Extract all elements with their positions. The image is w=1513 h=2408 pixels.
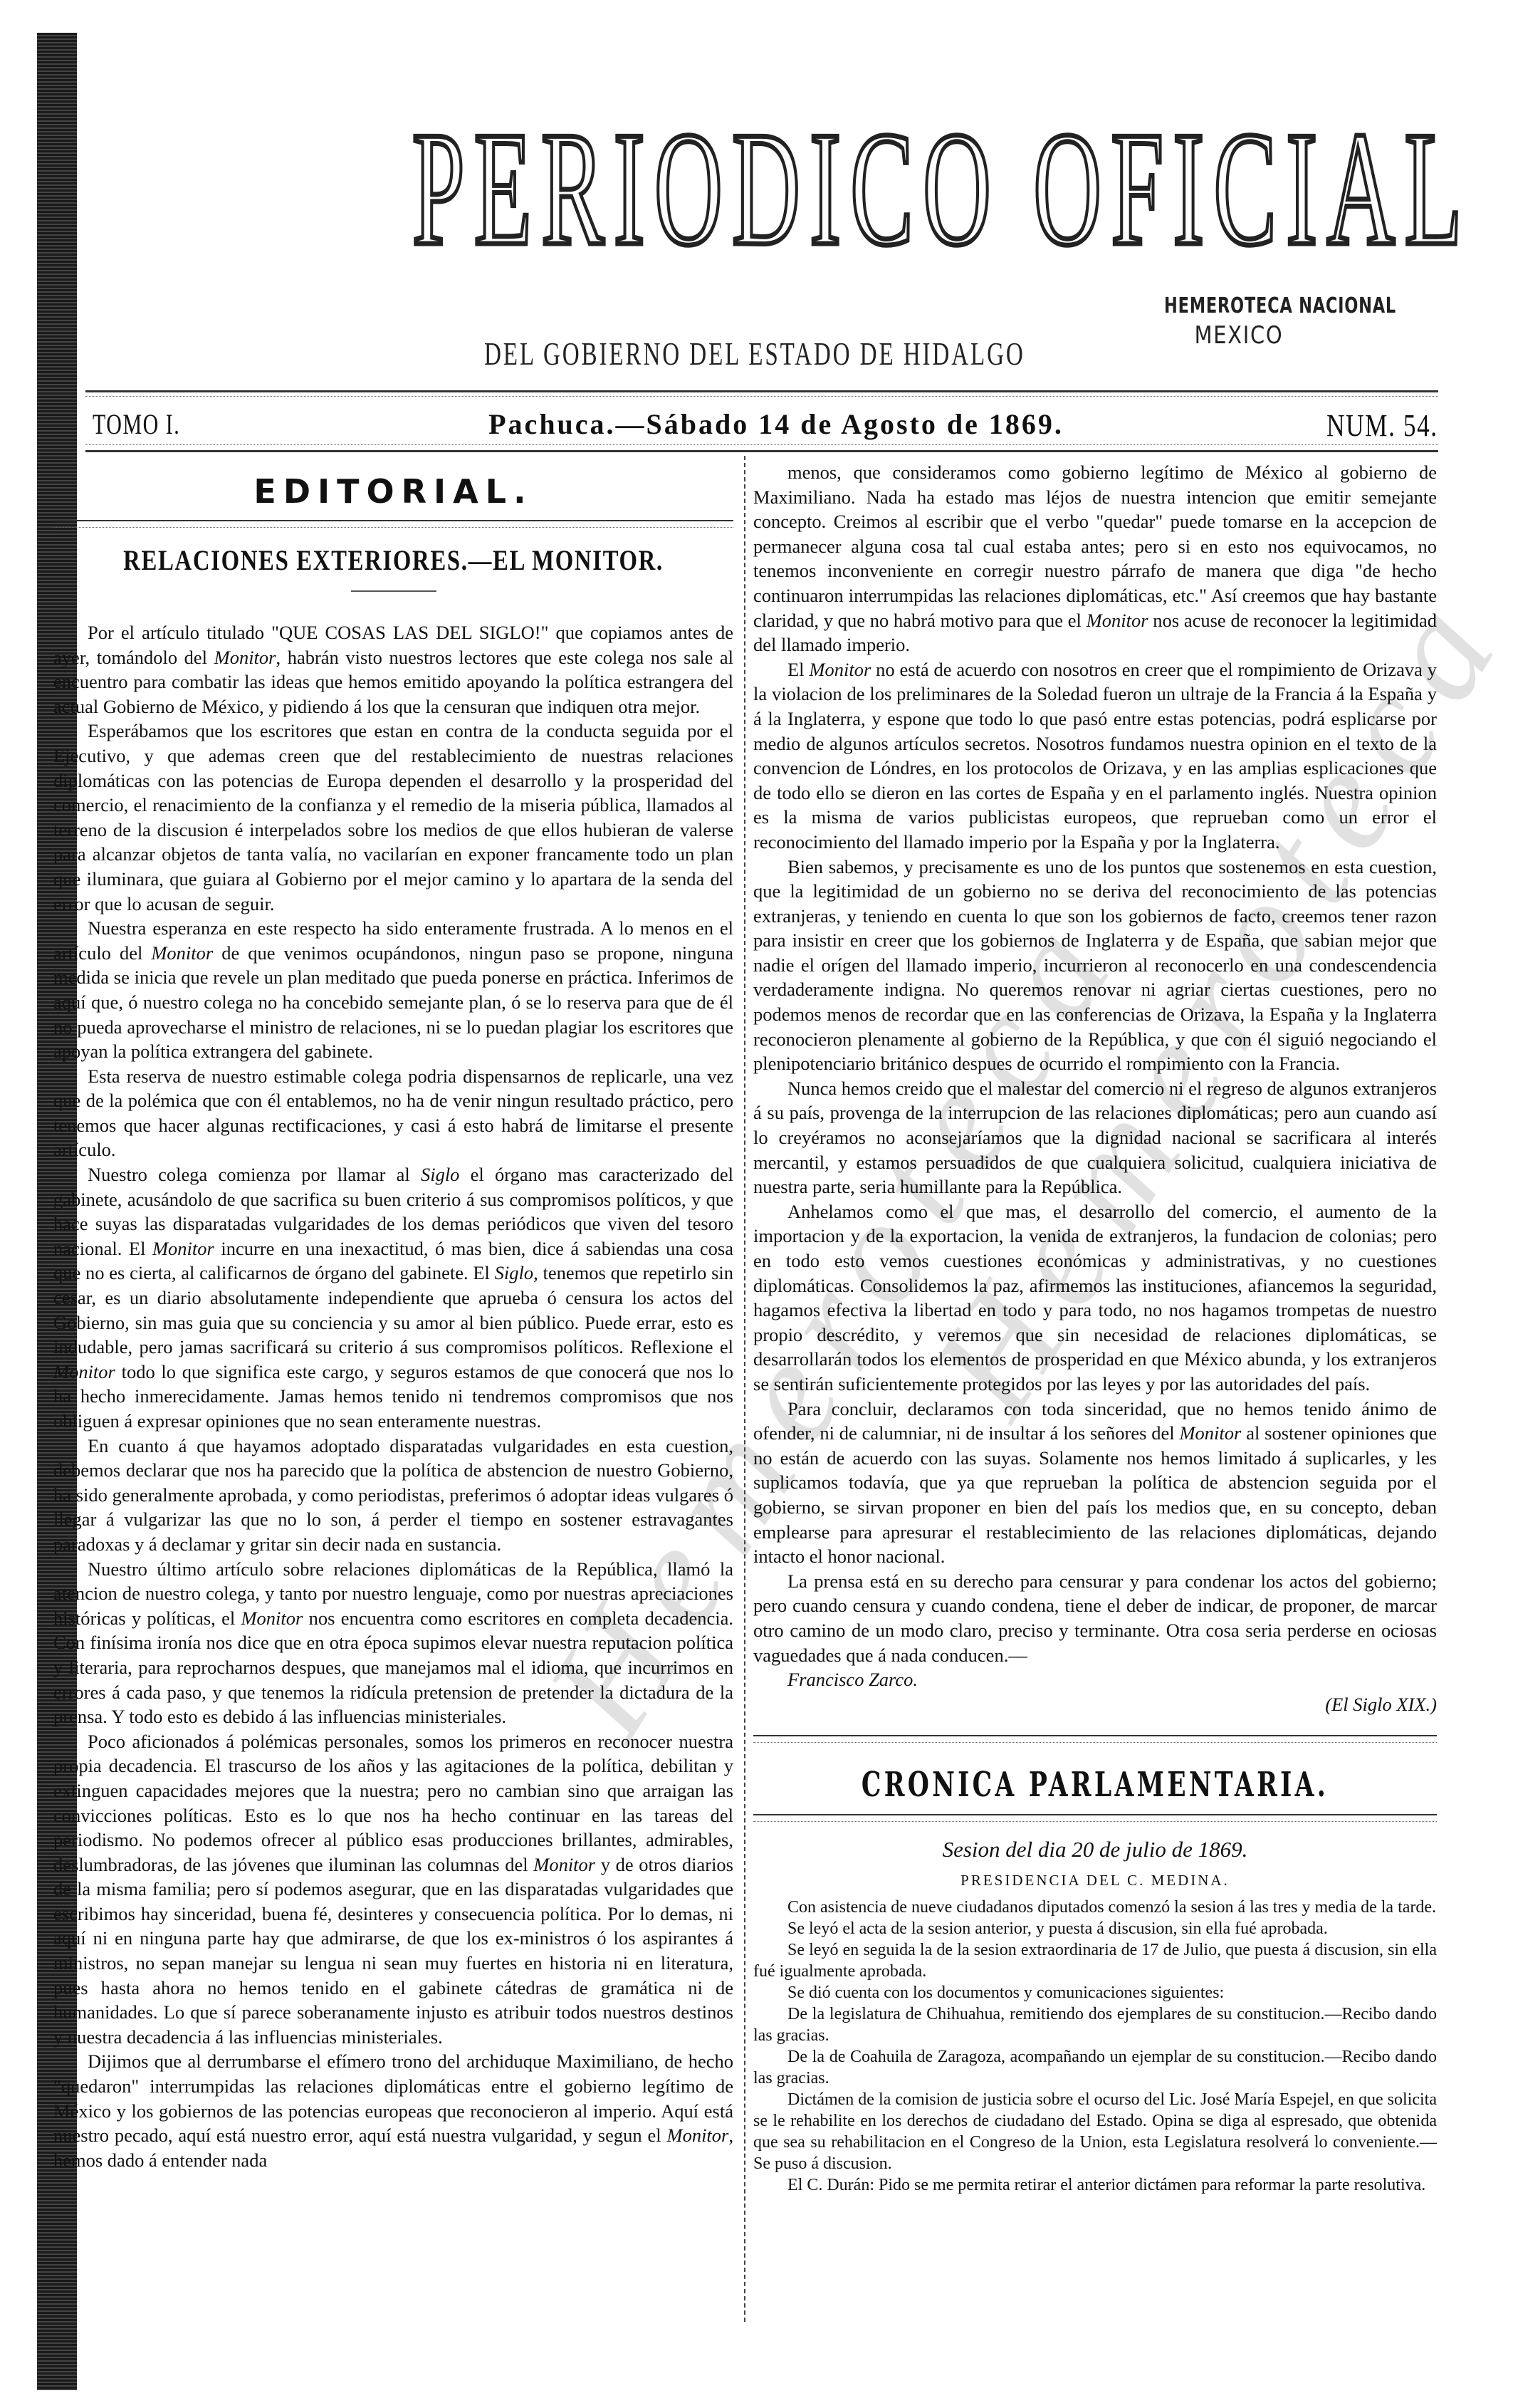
title-underline	[351, 590, 436, 592]
section-rule	[753, 1814, 1437, 1822]
paragraph: Con asistencia de nueve ciudadanos diput…	[753, 1897, 1437, 1918]
stamp-line-2: MEXICO	[1154, 321, 1324, 350]
paragraph: En cuanto á que hayamos adoptado dispara…	[53, 1434, 733, 1557]
article-signature: Francisco Zarco.	[753, 1667, 1437, 1692]
paragraph: Por el artículo titulado "QUE COSAS LAS …	[53, 620, 733, 719]
newspaper-title: PERIODICO OFICIAL	[412, 107, 1098, 271]
section-rule	[753, 1735, 1437, 1743]
cronica-section: CRONICA PARLAMENTARIA. Sesion del dia 20…	[753, 1735, 1437, 2196]
issue-number: NUM. 54.	[1326, 407, 1438, 444]
header-rule-top-thin	[85, 396, 1438, 397]
issue-date: Pachuca.—Sábado 14 de Agosto de 1869.	[420, 407, 1132, 441]
stamp-line-1: HEMEROTECA NACIONAL	[1164, 293, 1314, 318]
paragraph: Bien sabemos, y precisamente es uno de l…	[753, 855, 1437, 1076]
article-title: RELACIONES EXTERIORES.—EL MONITOR.	[115, 543, 672, 578]
paragraph: Nuestro último artículo sobre relaciones…	[53, 1557, 733, 1729]
paragraph: Nuestra esperanza en este respecto ha si…	[53, 916, 733, 1064]
left-column: EDITORIAL. RELACIONES EXTERIORES.—EL MON…	[53, 470, 733, 2172]
column-divider	[744, 456, 745, 2322]
article-body-left: Por el artículo titulado "QUE COSAS LAS …	[53, 620, 733, 2172]
newspaper-subtitle: DEL GOBIERNO DEL ESTADO DE HIDALGO	[484, 335, 997, 372]
paragraph: Dijimos que al derrumbarse el efímero tr…	[53, 2049, 733, 2172]
paragraph: Nuestro colega comienza por llamar al Si…	[53, 1162, 733, 1434]
paragraph: De la legislatura de Chihuahua, remitien…	[753, 2003, 1437, 2046]
session-minutes: Con asistencia de nueve ciudadanos diput…	[753, 1897, 1437, 2196]
paragraph: El C. Durán: Pido se me permita retirar …	[753, 2174, 1437, 2196]
right-column: menos, que consideramos como gobierno le…	[753, 460, 1437, 2196]
volume-label: TOMO I.	[93, 407, 180, 441]
paragraph: El Monitor no está de acuerdo con nosotr…	[753, 657, 1437, 855]
dateline: TOMO I. Pachuca.—Sábado 14 de Agosto de …	[93, 407, 1438, 443]
paragraph: Se leyó en seguida la de la sesion extra…	[753, 1939, 1437, 1982]
header-rule-bottom-thin	[85, 444, 1438, 445]
article-source: (El Siglo XIX.)	[753, 1692, 1437, 1717]
paragraph: Se dió cuenta con los documentos y comun…	[753, 1982, 1437, 2003]
paragraph: Dictámen de la comision de justicia sobr…	[753, 2089, 1437, 2174]
header-rule-top	[85, 390, 1438, 392]
paragraph: La prensa está en su derecho para censur…	[753, 1569, 1437, 1667]
section-rule	[53, 520, 733, 528]
paragraph: De la de Coahuila de Zaragoza, acompañan…	[753, 2046, 1437, 2089]
paragraph: Nunca hemos creido que el malestar del c…	[753, 1076, 1437, 1199]
paragraph: Se leyó el acta de la sesion anterior, y…	[753, 1918, 1437, 1939]
paragraph: Poco aficionados á polémicas personales,…	[53, 1729, 733, 2050]
paragraph: Anhelamos como el que mas, el desarrollo…	[753, 1199, 1437, 1397]
paragraph: Para concluir, declaramos con toda since…	[753, 1397, 1437, 1569]
article-body-right: menos, que consideramos como gobierno le…	[753, 460, 1437, 1667]
section-heading-cronica: CRONICA PARLAMENTARIA.	[849, 1758, 1341, 1811]
paragraph: menos, que consideramos como gobierno le…	[753, 460, 1437, 657]
archive-stamp: HEMEROTECA NACIONAL MEXICO	[1139, 293, 1339, 350]
section-heading-editorial: EDITORIAL.	[53, 470, 733, 513]
session-presidency: PRESIDENCIA DEL C. MEDINA.	[753, 1868, 1437, 1893]
paragraph: Esta reserva de nuestro estimable colega…	[53, 1064, 733, 1162]
session-date: Sesion del dia 20 de julio de 1869.	[753, 1838, 1437, 1862]
header-rule-bottom	[85, 450, 1438, 452]
paragraph: Esperábamos que los escritores que estan…	[53, 719, 733, 916]
